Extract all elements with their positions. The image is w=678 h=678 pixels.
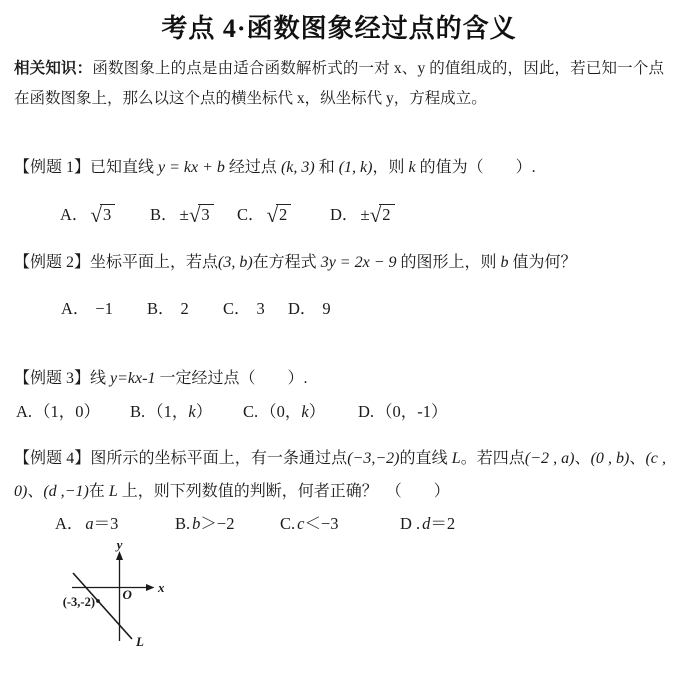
text-run: ，则 — [372, 159, 408, 176]
plus-minus-sign: ± — [180, 205, 189, 224]
text-run: 、 — [574, 450, 590, 467]
text-run: 在方程式 — [253, 254, 321, 271]
text-run: 的图形上，则 — [396, 254, 500, 271]
option-label: D. — [358, 402, 374, 421]
math-run: k — [409, 159, 416, 176]
page-title: 考点 4·函数图象经过点的含义 — [0, 8, 678, 45]
option-value: −2 — [217, 514, 235, 533]
example3-option-b: B.（1，k） — [130, 398, 212, 422]
knowledge-paragraph: 相关知识：函数图象上的点是由适合函数解析式的一对 x、y 的值组成的，因此，若已… — [14, 54, 664, 113]
example2-option-b: B．2 — [147, 295, 189, 319]
option-value: 3 — [257, 299, 265, 318]
option-label: C. — [243, 402, 258, 421]
math-run: y=kx-1 — [110, 370, 155, 387]
example1-option-d: D．±√2 — [330, 201, 395, 226]
text-run: 【例题 2】坐标平面上，若点 — [14, 254, 218, 271]
knowledge-text: 函数图象上的点是由适合函数解析式的一对 x、y 的值组成的，因此，若已知一个点在… — [14, 60, 664, 107]
option-label: B. — [130, 402, 145, 421]
example3-option-c: C.（0，k） — [243, 398, 325, 422]
option-label: A. — [16, 402, 32, 421]
math-run: (0 , b) — [591, 450, 630, 467]
option-value: ） — [309, 402, 326, 421]
point-label: (-3,-2) — [63, 595, 95, 609]
math-run: b — [501, 254, 509, 271]
text-run: 上，则下列数值的判断，何者正确？ （ ） — [118, 483, 450, 500]
point-dot — [96, 599, 100, 603]
option-value: 2 — [181, 299, 189, 318]
example2-heading: 【例题 2】坐标平面上，若点(3, b)在方程式 3y = 2x − 9 的图形… — [14, 250, 666, 276]
text-run: 的值为（ ）. — [416, 159, 536, 176]
relation-sign: ＞ — [200, 514, 217, 533]
option-label: C． — [223, 299, 251, 318]
option-value: （0，-1） — [376, 402, 448, 421]
math-run: L — [109, 483, 118, 500]
option-label: D． — [330, 205, 358, 224]
plus-minus-sign: ± — [360, 205, 369, 224]
knowledge-label: 相关知识： — [14, 60, 92, 77]
radicand: 3 — [100, 204, 115, 223]
option-label: A． — [55, 514, 83, 533]
x-axis-arrow-icon — [146, 584, 155, 591]
math-run: (1, k) — [339, 159, 373, 176]
text-run: 值为何？ — [509, 254, 577, 271]
relation-sign: ＝ — [430, 514, 447, 533]
text-run: 【例题 4】图所示的坐标平面上，有一条通过点 — [14, 450, 347, 467]
option-variable: a — [85, 514, 93, 533]
example4-option-a: A．a＝3 — [55, 510, 118, 534]
relation-sign: ＜ — [304, 514, 321, 533]
math-run: (−3,−2) — [347, 450, 399, 467]
option-value: （0， — [260, 402, 301, 421]
option-value: ） — [196, 402, 213, 421]
math-run: y = kx + b — [158, 159, 225, 176]
text-run: 在 — [89, 483, 109, 500]
example4-options: A．a＝3 B.b＞−2 C.c＜−3 D .d＝2 — [0, 510, 678, 540]
option-value: （1，0） — [34, 402, 100, 421]
example4-heading: 【例题 4】图所示的坐标平面上，有一条通过点(−3,−2)的直线 L。若四点(−… — [14, 442, 666, 508]
text-run: 【例题 1】已知直线 — [14, 159, 158, 176]
x-axis-label: x — [157, 580, 165, 595]
text-run: 、 — [629, 450, 645, 467]
radicand: 3 — [198, 204, 213, 223]
math-run: (d ,−1) — [43, 483, 88, 500]
math-run: (3, b) — [218, 254, 253, 271]
origin-label: O — [123, 587, 133, 602]
example3-option-a: A.（1，0） — [16, 398, 100, 422]
text-run: 一定经过点（ ）. — [155, 370, 307, 387]
math-run: 3y = 2x − 9 — [321, 254, 397, 271]
example3-heading: 【例题 3】线 y=kx-1 一定经过点（ ）. — [14, 366, 666, 392]
example3-options: A.（1，0） B.（1，k） C.（0，k） D.（0，-1） — [0, 398, 678, 428]
text-run: 经过点 — [225, 159, 281, 176]
radicand: 2 — [276, 204, 291, 223]
example1-option-b: B．±√3 — [150, 201, 214, 226]
radicand: 2 — [379, 204, 394, 223]
option-value: （1， — [147, 402, 188, 421]
example1-option-a: A．√3 — [60, 201, 115, 226]
text-run: 和 — [315, 159, 339, 176]
option-value: −3 — [321, 514, 339, 533]
text-run: 、 — [27, 483, 43, 500]
y-axis-arrow-icon — [116, 551, 123, 560]
example2-option-a: A．−1 — [61, 295, 113, 319]
option-label: A． — [60, 205, 88, 224]
option-value: 3 — [110, 514, 118, 533]
option-value: −1 — [95, 299, 113, 318]
example3-option-d: D.（0，-1） — [358, 398, 448, 422]
option-label: D . — [400, 514, 420, 533]
option-label: B. — [175, 514, 190, 533]
text-run: 【例题 3】线 — [14, 370, 110, 387]
example1-heading: 【例题 1】已知直线 y = kx + b 经过点 (k, 3) 和 (1, k… — [14, 155, 666, 181]
option-value: 9 — [322, 299, 330, 318]
example2-options: A．−1 B．2 C．3 D．9 — [0, 295, 678, 325]
example1-options: A．√3 B．±√3 C．√2 D．±√2 — [0, 201, 678, 231]
example4-option-c: C.c＜−3 — [280, 510, 339, 534]
option-label: C. — [280, 514, 295, 533]
example4-option-b: B.b＞−2 — [175, 510, 234, 534]
math-run: (−2 , a) — [525, 450, 575, 467]
y-axis-label: y — [115, 540, 123, 552]
line-label: L — [135, 634, 144, 649]
option-variable: k — [301, 402, 308, 421]
math-run: L — [452, 450, 461, 467]
option-label: C． — [237, 205, 265, 224]
option-value: 2 — [447, 514, 455, 533]
example2-option-d: D．9 — [288, 295, 331, 319]
option-variable: k — [188, 402, 195, 421]
relation-sign: ＝ — [94, 514, 111, 533]
example4-option-d: D .d＝2 — [400, 510, 455, 534]
example1-option-c: C．√2 — [237, 201, 291, 226]
text-run: 的直线 — [399, 450, 451, 467]
option-label: B． — [147, 299, 175, 318]
option-label: A． — [61, 299, 89, 318]
coordinate-figure: y x O L (-3,-2) — [48, 540, 180, 658]
option-label: D． — [288, 299, 316, 318]
math-run: (k, 3) — [281, 159, 315, 176]
option-label: B． — [150, 205, 178, 224]
text-run: 。若四点 — [461, 450, 525, 467]
example2-option-c: C．3 — [223, 295, 265, 319]
